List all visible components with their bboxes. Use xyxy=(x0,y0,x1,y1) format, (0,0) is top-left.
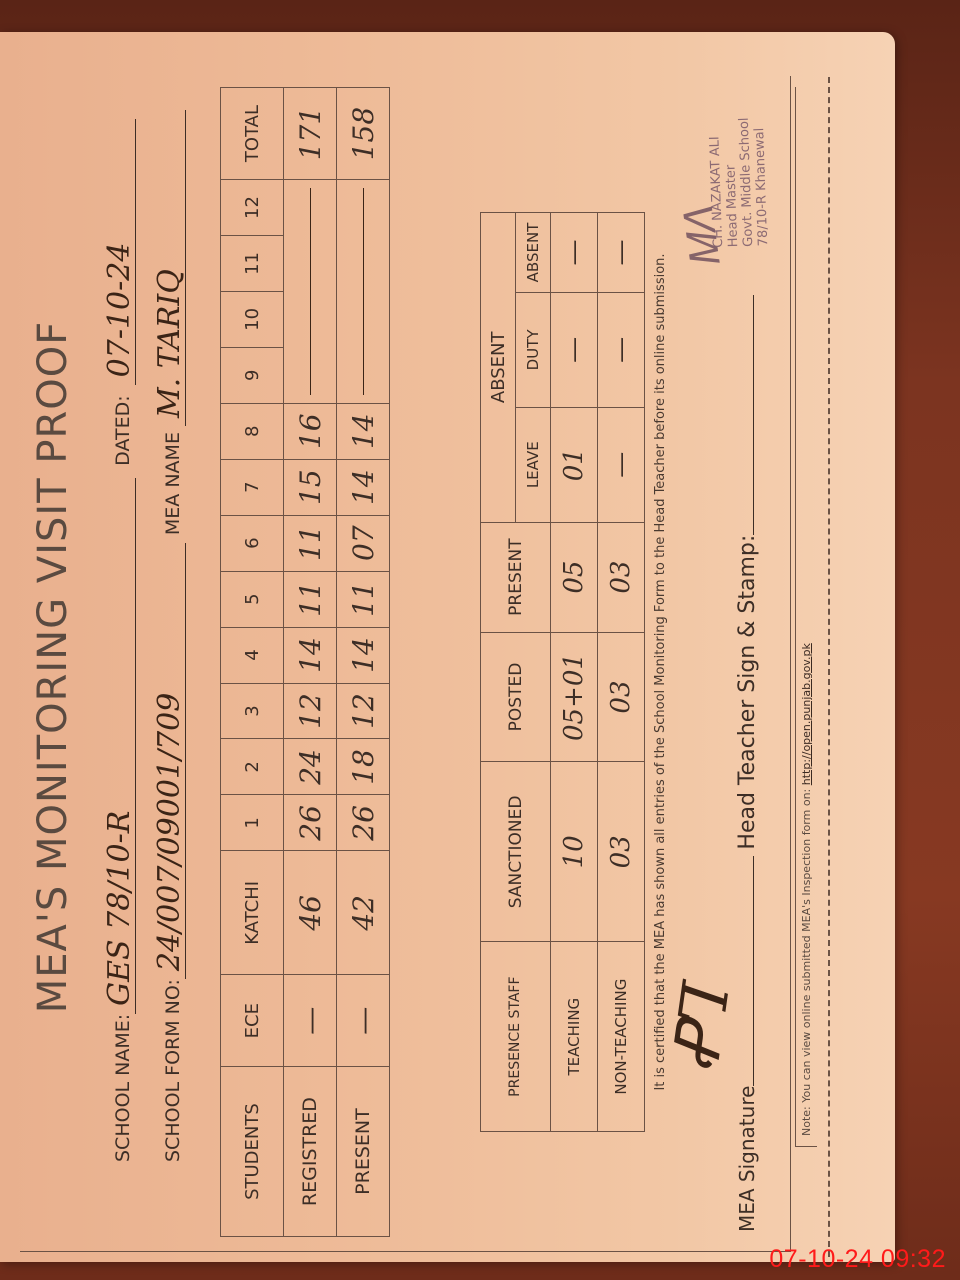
school-form-no-value: 24/007/09001/709 xyxy=(155,543,186,979)
absent-group-header: ABSENT xyxy=(481,213,516,523)
sanctioned-header: SANCTIONED xyxy=(481,762,551,942)
cell-sanctioned: 10 xyxy=(551,762,598,942)
cell-leave: 01 xyxy=(551,407,598,522)
col-header: 11 xyxy=(221,236,284,292)
strike-line xyxy=(310,188,311,395)
cell: 18 xyxy=(337,739,390,795)
mea-signature-line xyxy=(753,856,754,1086)
paper-form: MEA'S MONITORING VISIT PROOF SCHOOL NAME… xyxy=(0,32,895,1262)
cell-absent: — xyxy=(551,213,598,293)
col-header: 2 xyxy=(221,739,284,795)
row-label: TEACHING xyxy=(551,942,598,1132)
cell: 14 xyxy=(284,627,337,683)
form-title: MEA'S MONITORING VISIT PROOF xyxy=(30,77,76,1257)
cell: 16 xyxy=(284,403,337,459)
cell: 11 xyxy=(337,571,390,627)
school-name-value: GES 78/10-R xyxy=(105,478,136,1014)
head-teacher-stamp: CH. NAZAKAT ALI Head Master Govt. Middle… xyxy=(708,117,772,248)
head-teacher-label: Head Teacher Sign & Stamp: xyxy=(735,535,760,850)
footer-note: Note: You can view online submitted MEA'… xyxy=(795,87,817,1147)
absent-header: ABSENT xyxy=(516,213,551,293)
cell-posted: 03 xyxy=(598,632,645,762)
duty-header: DUTY xyxy=(516,293,551,408)
cell-absent: — xyxy=(598,213,645,293)
col-header: 10 xyxy=(221,291,284,347)
students-table: STUDENTS ECE KATCHI 1 2 3 4 5 6 7 8 9 10… xyxy=(220,87,390,1237)
col-header: 5 xyxy=(221,571,284,627)
cell-posted: 05+01 xyxy=(551,632,598,762)
col-header: 4 xyxy=(221,627,284,683)
col-header: KATCHI xyxy=(221,851,284,975)
col-header: ECE xyxy=(221,975,284,1067)
row-label: PRESENT xyxy=(337,1067,390,1237)
mea-signature-label: MEA Signature xyxy=(735,1086,759,1232)
staff-header-row-1: PRESENCE STAFF SANCTIONED POSTED PRESENT… xyxy=(481,213,516,1132)
col-header: 7 xyxy=(221,459,284,515)
cell: — xyxy=(284,975,337,1067)
cell: 24 xyxy=(284,739,337,795)
row-label: NON-TEACHING xyxy=(598,942,645,1132)
col-header: 1 xyxy=(221,795,284,851)
mea-signature-scribble: ꝒꞀ xyxy=(659,978,745,1077)
school-form-no-label: SCHOOL FORM NO: xyxy=(162,979,184,1162)
school-name-label: SCHOOL NAME: xyxy=(112,1014,134,1162)
note-link[interactable]: http://open.punjab.gov.pk xyxy=(800,643,813,785)
strike-line xyxy=(363,188,364,395)
note-text: Note: You can view online submitted MEA'… xyxy=(800,789,813,1136)
struck-cells xyxy=(337,180,390,404)
col-header: 9 xyxy=(221,347,284,403)
students-header-row: STUDENTS ECE KATCHI 1 2 3 4 5 6 7 8 9 10… xyxy=(221,88,284,1237)
col-header: TOTAL xyxy=(221,88,284,180)
cell: 12 xyxy=(284,683,337,739)
col-header: STUDENTS xyxy=(221,1067,284,1237)
cell: 14 xyxy=(337,403,390,459)
cell: 14 xyxy=(337,627,390,683)
cut-line xyxy=(828,77,830,1257)
cell: 07 xyxy=(337,515,390,571)
cell-present: 05 xyxy=(551,522,598,632)
cell: 46 xyxy=(284,851,337,975)
staff-table: PRESENCE STAFF SANCTIONED POSTED PRESENT… xyxy=(480,212,645,1132)
cell: 11 xyxy=(284,571,337,627)
cell-sanctioned: 03 xyxy=(598,762,645,942)
table-row-registered: REGISTRED — 46 26 24 12 14 11 11 15 16 1… xyxy=(284,88,337,1237)
present-header: PRESENT xyxy=(481,522,551,632)
col-header: 12 xyxy=(221,180,284,236)
head-teacher-line xyxy=(753,295,754,535)
mea-name-value: M. TARIQ xyxy=(155,110,186,426)
table-row-non-teaching: NON-TEACHING 03 03 03 — — — xyxy=(598,213,645,1132)
presence-staff-header: PRESENCE STAFF xyxy=(481,942,551,1132)
cell: 15 xyxy=(284,459,337,515)
signature-row: MEA Signature Head Teacher Sign & Stamp: xyxy=(735,112,760,1232)
cell: 26 xyxy=(337,795,390,851)
table-row-teaching: TEACHING 10 05+01 05 01 — — xyxy=(551,213,598,1132)
cell-leave: — xyxy=(598,407,645,522)
form-no-row: SCHOOL FORM NO: 24/007/09001/709 MEA NAM… xyxy=(155,110,186,1162)
col-header: 6 xyxy=(221,515,284,571)
cell-duty: — xyxy=(551,293,598,408)
cell: — xyxy=(337,975,390,1067)
row-label: REGISTRED xyxy=(284,1067,337,1237)
camera-timestamp: 07-10-24 09:32 xyxy=(769,1245,946,1274)
table-row-present: PRESENT — 42 26 18 12 14 11 07 14 14 158 xyxy=(337,88,390,1237)
cell: 42 xyxy=(337,851,390,975)
cell-total: 171 xyxy=(284,88,337,180)
school-name-row: SCHOOL NAME: GES 78/10-R DATED: 07-10-24 xyxy=(105,119,136,1162)
cell-present: 03 xyxy=(598,522,645,632)
cell: 11 xyxy=(284,515,337,571)
cell: 12 xyxy=(337,683,390,739)
mea-name-label: MEA NAME xyxy=(162,432,184,535)
leave-header: LEAVE xyxy=(516,407,551,522)
cell: 26 xyxy=(284,795,337,851)
struck-cells xyxy=(284,180,337,404)
monitoring-form: MEA'S MONITORING VISIT PROOF SCHOOL NAME… xyxy=(20,77,840,1257)
cell: 14 xyxy=(337,459,390,515)
cell-duty: — xyxy=(598,293,645,408)
cell-total: 158 xyxy=(337,88,390,180)
dated-value: 07-10-24 xyxy=(105,119,136,385)
posted-header: POSTED xyxy=(481,632,551,762)
col-header: 8 xyxy=(221,403,284,459)
dated-label: DATED: xyxy=(112,395,134,465)
col-header: 3 xyxy=(221,683,284,739)
